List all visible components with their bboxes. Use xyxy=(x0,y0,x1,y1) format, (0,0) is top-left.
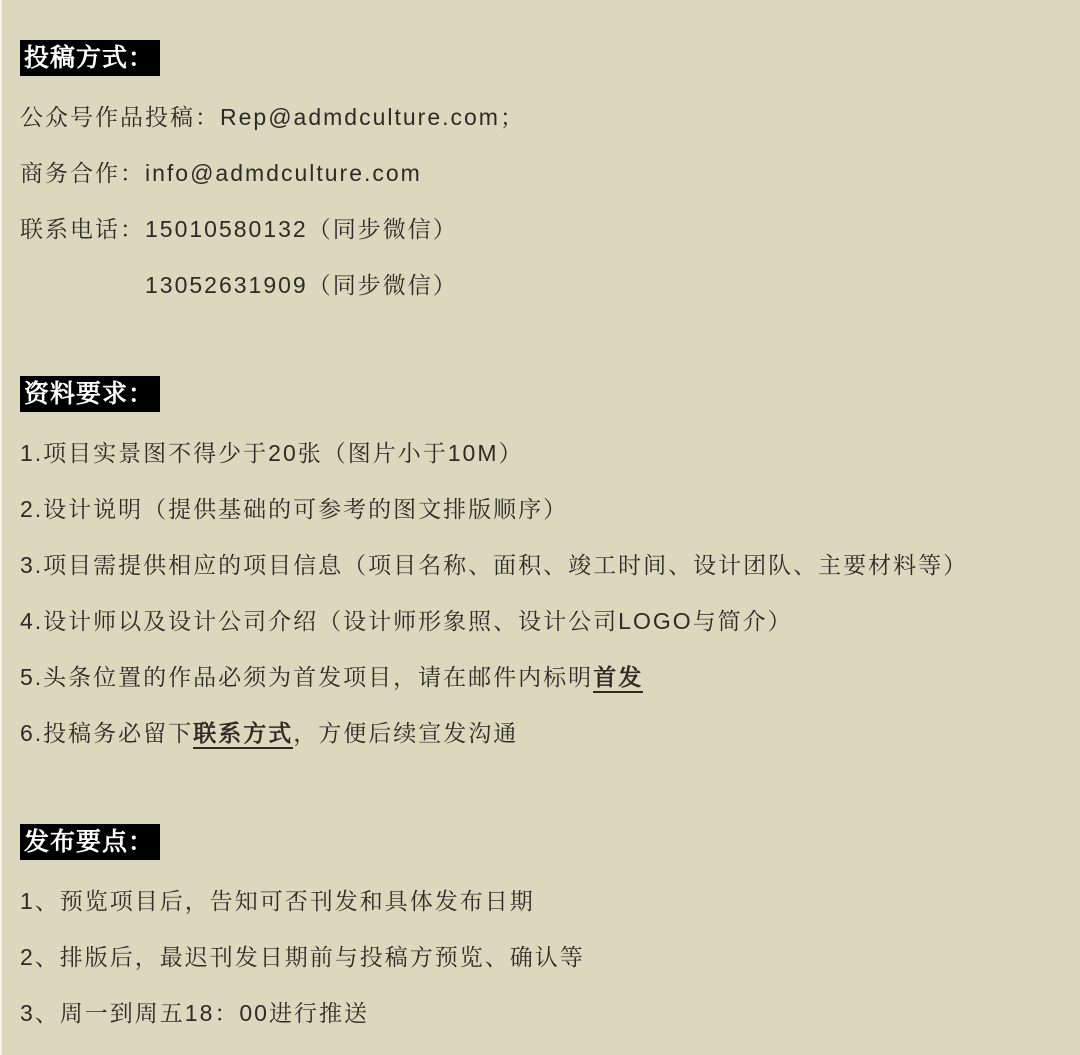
section-publishing-heading-row: 发布要点： xyxy=(20,824,1060,860)
requirement-item-5-emphasis: 首发 xyxy=(593,664,643,693)
section-heading-publishing: 发布要点： xyxy=(20,824,160,860)
submission-phone-line-1: 联系电话：15010580132（同步微信） xyxy=(20,214,1060,244)
requirement-item-5: 5.头条位置的作品必须为首发项目，请在邮件内标明首发 xyxy=(20,662,1060,692)
section-requirements-heading-row: 资料要求： xyxy=(20,376,1060,412)
requirement-item-4: 4.设计师以及设计公司介绍（设计师形象照、设计公司LOGO与简介） xyxy=(20,606,1060,636)
requirement-item-6-suffix: ，方便后续宣发沟通 xyxy=(293,720,518,746)
requirement-item-3: 3.项目需提供相应的项目信息（项目名称、面积、竣工时间、设计团队、主要材料等） xyxy=(20,550,1060,580)
publishing-item-1: 1、预览项目后，告知可否刊发和具体发布日期 xyxy=(20,886,1060,916)
requirement-item-2: 2.设计说明（提供基础的可参考的图文排版顺序） xyxy=(20,494,1060,524)
requirement-item-6-text: 6.投稿务必留下 xyxy=(20,720,193,746)
submission-phone-line-2: 13052631909（同步微信） xyxy=(20,270,1060,300)
publishing-item-2: 2、排版后，最迟刊发日期前与投稿方预览、确认等 xyxy=(20,942,1060,972)
section-heading-requirements: 资料要求： xyxy=(20,376,160,412)
requirement-item-1: 1.项目实景图不得少于20张（图片小于10M） xyxy=(20,438,1060,468)
publishing-item-3: 3、周一到周五18：00进行推送 xyxy=(20,998,1060,1028)
section-heading-submission: 投稿方式： xyxy=(20,40,160,76)
requirement-item-5-text: 5.头条位置的作品必须为首发项目，请在邮件内标明 xyxy=(20,664,593,690)
section-submission-heading-row: 投稿方式： xyxy=(20,40,1060,76)
article-page: 投稿方式： 公众号作品投稿：Rep@admdculture.com； 商务合作：… xyxy=(0,0,1080,1055)
requirement-item-6: 6.投稿务必留下联系方式，方便后续宣发沟通 xyxy=(20,718,1060,748)
submission-business-line: 商务合作：info@admdculture.com xyxy=(20,158,1060,188)
requirement-item-6-emphasis: 联系方式 xyxy=(193,720,293,749)
submission-public-account-line: 公众号作品投稿：Rep@admdculture.com； xyxy=(20,102,1060,132)
